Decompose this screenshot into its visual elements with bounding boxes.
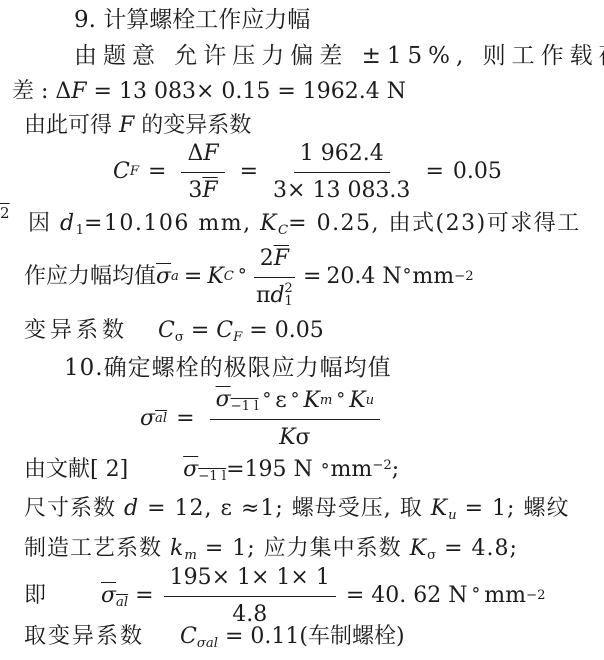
paragraph-line-1: 由题意 允许压力偏差 ±15%, 则工作载荷偏 [74, 41, 604, 72]
variable-C: C [113, 157, 130, 187]
pi-symbol: π [256, 281, 270, 311]
variable-C: C [216, 318, 233, 343]
superscript-2: 2 [285, 282, 293, 295]
multiplication-dot: ° [238, 265, 247, 289]
formula-sigma-al-result: 即 σal = 195× 1× 1× 1 4.8 = 40. 62 N ° mm… [24, 568, 545, 624]
variable-K: K [279, 423, 295, 453]
equals-sign: = [184, 318, 216, 343]
paragraph-line-5-formula: 作应力幅均值 σa = KC ° 2F πd21 = 20.4 N ° mm−2 [24, 246, 474, 308]
sigma-symbol: σ [156, 264, 171, 289]
multiplication-dot: ° [336, 389, 345, 413]
body-text: 的变异系数 [134, 113, 251, 138]
subscript-F: F [233, 330, 242, 345]
variable-K: K [303, 386, 319, 416]
equals-sign: = [226, 457, 244, 482]
fraction-numeric: 195× 1× 1× 1 4.8 [164, 563, 336, 629]
delta-symbol: Δ [55, 79, 71, 104]
formula-cf: CF = ΔF 3F = 1 962.4 3× 13 083.3 = 0.05 [113, 143, 502, 201]
sigma-a-bar: σ [156, 262, 171, 292]
equals-sign: = [240, 157, 258, 187]
sigma-minus1l-bar: σ−1 l [216, 385, 259, 416]
heading-text: 9. 计算螺栓工作应力幅 [74, 7, 310, 33]
variable-F: F [71, 79, 86, 104]
body-text: = 12, ε ≈1; 螺母受压, 取 [139, 496, 431, 521]
body-text: 即 [24, 581, 46, 611]
result-value: 195 N [245, 457, 320, 482]
variable-C: C [180, 624, 197, 649]
subscript-u: u [448, 508, 457, 523]
subscript-a: a [171, 268, 179, 286]
subscript-m: m [320, 392, 333, 410]
fraction-numeric: 1 962.4 3× 13 083.3 [273, 139, 410, 205]
variable-F: F [203, 139, 218, 169]
body-text: 因 [28, 211, 60, 236]
equals-sign: = [346, 581, 364, 611]
sigma-minus1l-bar: σ−1 l [183, 457, 226, 482]
equals-sign: = [176, 404, 194, 434]
paragraph-line-7: 由文献[ 2]σ−1 l=195 N °mm−2; [24, 455, 399, 486]
variable-K: K [207, 262, 223, 292]
subscript-minus-1l: −1 l [198, 469, 226, 484]
paragraph-line-6: 变异系数Cσ = CF = 0.05 [24, 316, 324, 347]
equals-sign: = [303, 262, 321, 292]
result-value: 20.4 N [326, 262, 401, 292]
numerator-value: 1 962.4 [294, 139, 390, 173]
body-text: 由题意 允许压力偏差 ±15%, 则工作载荷偏 [74, 43, 604, 69]
delta-symbol: Δ [187, 139, 203, 169]
document-page: 2 9. 计算螺栓工作应力幅 由题意 允许压力偏差 ±15%, 则工作载荷偏 差… [0, 0, 604, 660]
variable-K: K [349, 386, 365, 416]
multiplication-dot: ° [321, 461, 330, 481]
paragraph-line-8: 尺寸系数 d = 12, ε ≈1; 螺母受压, 取 Ku = 1; 螺纹 [24, 494, 569, 525]
multiplication-dot: ° [472, 584, 481, 608]
sigma-symbol: σ [183, 457, 198, 482]
body-text: 由文献[ 2] [24, 457, 128, 482]
multiplication-dot: ° [291, 389, 300, 413]
numerator-value: 195× 1× 1× 1 [164, 563, 336, 597]
fraction-limit-stress: σ−1 l ° ε ° Km ° Ku Kσ [210, 385, 381, 452]
body-text: 取变异系数 [24, 624, 144, 649]
subscript-C: C [224, 268, 234, 286]
variable-d: d [124, 496, 139, 521]
subscript-1: 1 [76, 223, 84, 238]
result-value: 0.05 [453, 157, 502, 187]
subscript-u: u [366, 392, 375, 410]
semicolon: ; [392, 457, 399, 482]
body-text: 尺寸系数 [24, 496, 124, 521]
paragraph-line-4: 因 d1=10.106 mm, KC= 0.25, 由式(23)可求得工 [28, 209, 581, 240]
body-text: 由此可得 [24, 113, 119, 138]
epsilon-symbol: ε [275, 386, 286, 416]
multiplication-dot: ° [403, 265, 412, 289]
subscript-F: F [130, 163, 139, 181]
sigma-symbol: σ [296, 423, 311, 453]
subscript-1: 1 [285, 295, 293, 308]
paragraph-line-3: 由此可得 F 的变异系数 [24, 111, 251, 141]
equals-sign: = [218, 624, 250, 649]
subscript-minus-1l: −1 l [231, 399, 259, 414]
paragraph-line-2: 差 : ΔF = 13 083× 0.15 = 1962.4 N [12, 77, 406, 107]
unit-mm: mm [412, 262, 454, 292]
result-value: 0.05 [275, 318, 324, 343]
variable-K: K [410, 536, 427, 561]
superscript-minus-2: −2 [454, 268, 473, 286]
body-text: = 0.25, 由式(23)可求得工 [288, 211, 581, 236]
equation-text: =10.106 mm, [84, 211, 260, 236]
section-9-heading: 9. 计算螺栓工作应力幅 [74, 5, 310, 36]
subscript-sigma: σ [427, 548, 436, 563]
equals-sign: = [135, 581, 153, 611]
heading-text: 10.确定螺栓的极限应力幅均值 [64, 355, 392, 381]
sub-sup-stack: 21 [285, 282, 293, 309]
fraction-2F-pid2: 2F πd21 [254, 244, 295, 310]
subscript-m: m [184, 548, 197, 563]
body-text: = 4.8; [436, 536, 518, 561]
margin-fragment: 2 [0, 204, 10, 222]
paragraph-line-9: 制造工艺系数 km = 1; 应力集中系数 Kσ = 4.8; [24, 534, 518, 565]
unit-mm: mm [484, 581, 526, 611]
equals-sign: = [148, 157, 166, 187]
sigma-symbol: σ [216, 387, 231, 412]
result-value: 0.11(车制螺栓) [250, 624, 404, 649]
body-text: 变异系数 [24, 318, 128, 343]
variable-d: d [60, 211, 76, 236]
result-value: 40. 62 N [371, 581, 467, 611]
formula-sigma-al: σal = σ−1 l ° ε ° Km ° Ku Kσ [140, 388, 386, 450]
subscript-al: al [116, 595, 128, 610]
unit-mm: mm [331, 457, 373, 482]
superscript-minus-2: −2 [372, 458, 391, 473]
body-text: = 1; 螺纹 [457, 496, 570, 521]
variable-F-bar: F [202, 176, 217, 206]
sigma-symbol: σ [101, 583, 116, 608]
body-text: 作应力幅均值 [24, 262, 156, 292]
denominator-value: 3× 13 083.3 [273, 173, 410, 206]
variable-K: K [431, 496, 448, 521]
equation-text: = 13 083× 0.15 = 1962.4 N [87, 79, 406, 104]
variable-d: d [270, 281, 284, 311]
subscript-sigma-al: σal [197, 636, 218, 651]
equals-sign: = [184, 262, 202, 292]
variable-k: k [170, 536, 184, 561]
variable-F-bar: F [274, 244, 289, 274]
subscript-sigma: σ [175, 330, 184, 345]
equals-sign: = [242, 318, 274, 343]
variable-F: F [119, 113, 134, 138]
superscript-minus-2: −2 [526, 587, 545, 605]
subscript-C: C [278, 223, 288, 238]
section-10-heading: 10.确定螺栓的极限应力幅均值 [64, 353, 392, 384]
coefficient-3: 3 [188, 176, 202, 206]
coefficient-2: 2 [260, 244, 274, 274]
body-text: 差 : [12, 79, 55, 104]
fraction-deltaF-3F: ΔF 3F [181, 139, 224, 205]
sigma-symbol: σ [140, 404, 155, 434]
sigma-al-bar: σal [101, 581, 128, 612]
subscript-al-bar: al [155, 410, 167, 428]
body-text: 制造工艺系数 [24, 536, 170, 561]
body-text: = 1; 应力集中系数 [197, 536, 410, 561]
variable-K: K [260, 211, 278, 236]
paragraph-line-10: 取变异系数Cσal = 0.11(车制螺栓) [24, 622, 405, 653]
variable-C: C [158, 318, 175, 343]
equals-sign: = [425, 157, 443, 187]
multiplication-dot: ° [262, 389, 271, 413]
